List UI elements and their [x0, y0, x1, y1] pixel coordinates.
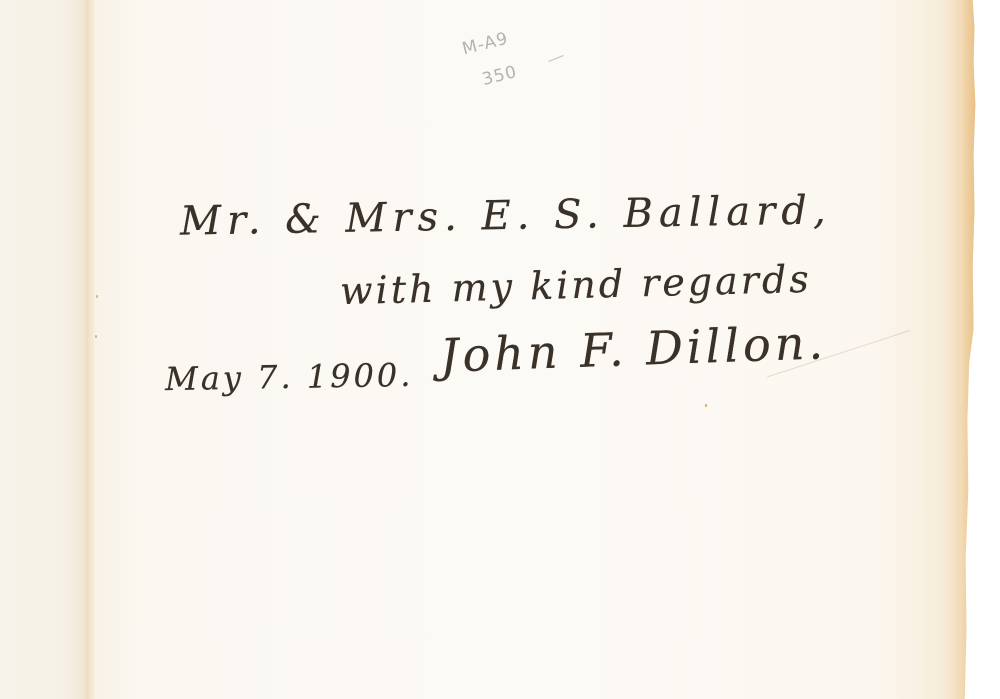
scanned-book-spread: M-A9 350 Mr. & Mrs. E. S. Ballard, with … [0, 0, 1000, 699]
page-edge-foxing [962, 0, 978, 699]
left-facing-leaf [0, 0, 90, 699]
inscription-date: May 7. 1900. [165, 356, 414, 398]
foxing-speck [95, 335, 97, 338]
foxing-speck [705, 404, 707, 407]
foxing-speck [96, 295, 98, 298]
